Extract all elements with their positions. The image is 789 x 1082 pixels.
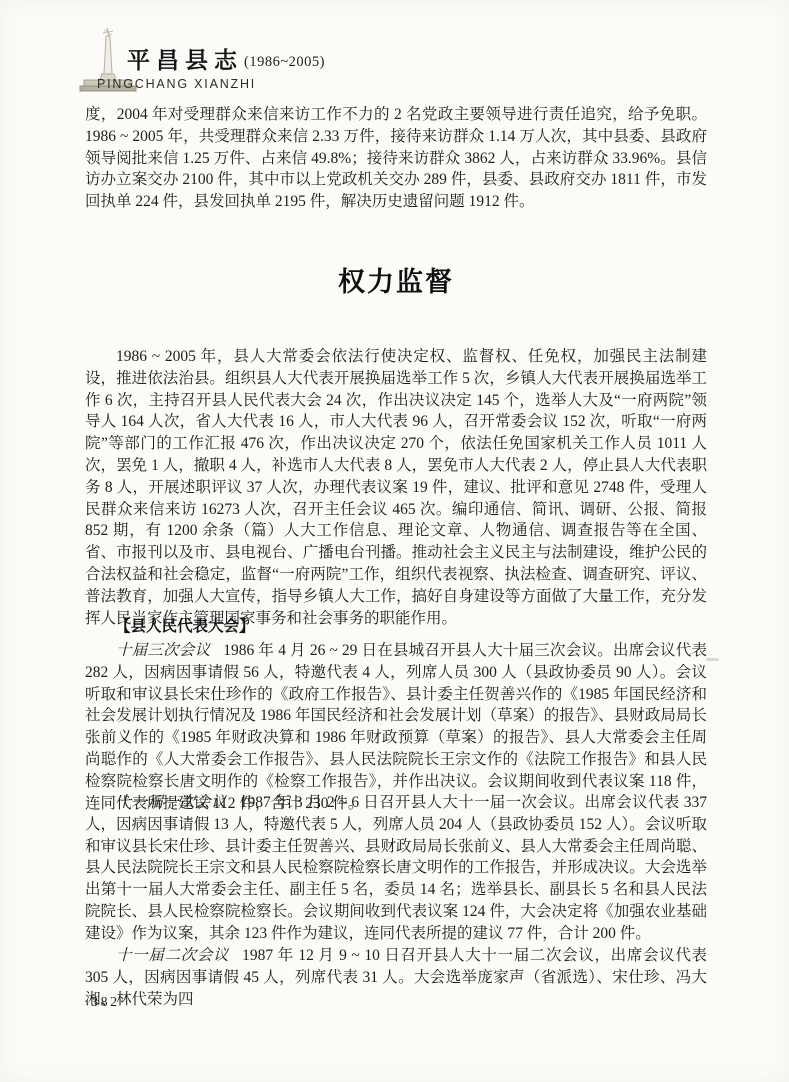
meeting-text: 1986 年 4 月 26 ~ 29 日在县城召开县人大十届三次会议。出席会议代… [85, 642, 707, 812]
gazetteer-page: 平昌县志(1986~2005) PINGCHANG XIANZHI 度，2004… [0, 0, 789, 1082]
page-number: ·382· [84, 995, 127, 1011]
scan-artifact [706, 658, 719, 661]
meeting-label: 十一届二次会议 [116, 947, 229, 964]
book-title: 平昌县志(1986~2005) [127, 42, 325, 75]
intro-paragraph: 度，2004 年对受理群众来信来访工作不力的 2 名党政主要领导进行责任追究，给… [85, 104, 707, 213]
meeting-paragraph-10-3: 十届三次会议1986 年 4 月 26 ~ 29 日在县城召开县人大十届三次会议… [85, 640, 707, 814]
meeting-text: 1987 年 3 月 2 ~ 6 日召开县人大十一届一次会议。出席会议代表 33… [85, 794, 707, 942]
section-heading: 【县人民代表大会】 [85, 616, 255, 638]
meeting-label: 十一届一次会议 [116, 794, 227, 811]
overview-paragraph: 1986 ~ 2005 年，县人大常委会依法行使决定权、监督权、任免权，加强民主… [85, 346, 707, 629]
book-title-pinyin: PINGCHANG XIANZHI [97, 77, 256, 91]
book-title-cn: 平昌县志 [127, 48, 243, 73]
chapter-title: 权力监督 [85, 260, 707, 299]
meeting-label: 十届三次会议 [116, 642, 210, 659]
meeting-paragraph-11-2: 十一届二次会议1987 年 12 月 9 ~ 10 日召开县人大十一届二次会议，… [85, 945, 707, 1010]
book-title-years: (1986~2005) [244, 54, 325, 70]
meeting-paragraph-11-1: 十一届一次会议1987 年 3 月 2 ~ 6 日召开县人大十一届一次会议。出席… [85, 792, 707, 945]
